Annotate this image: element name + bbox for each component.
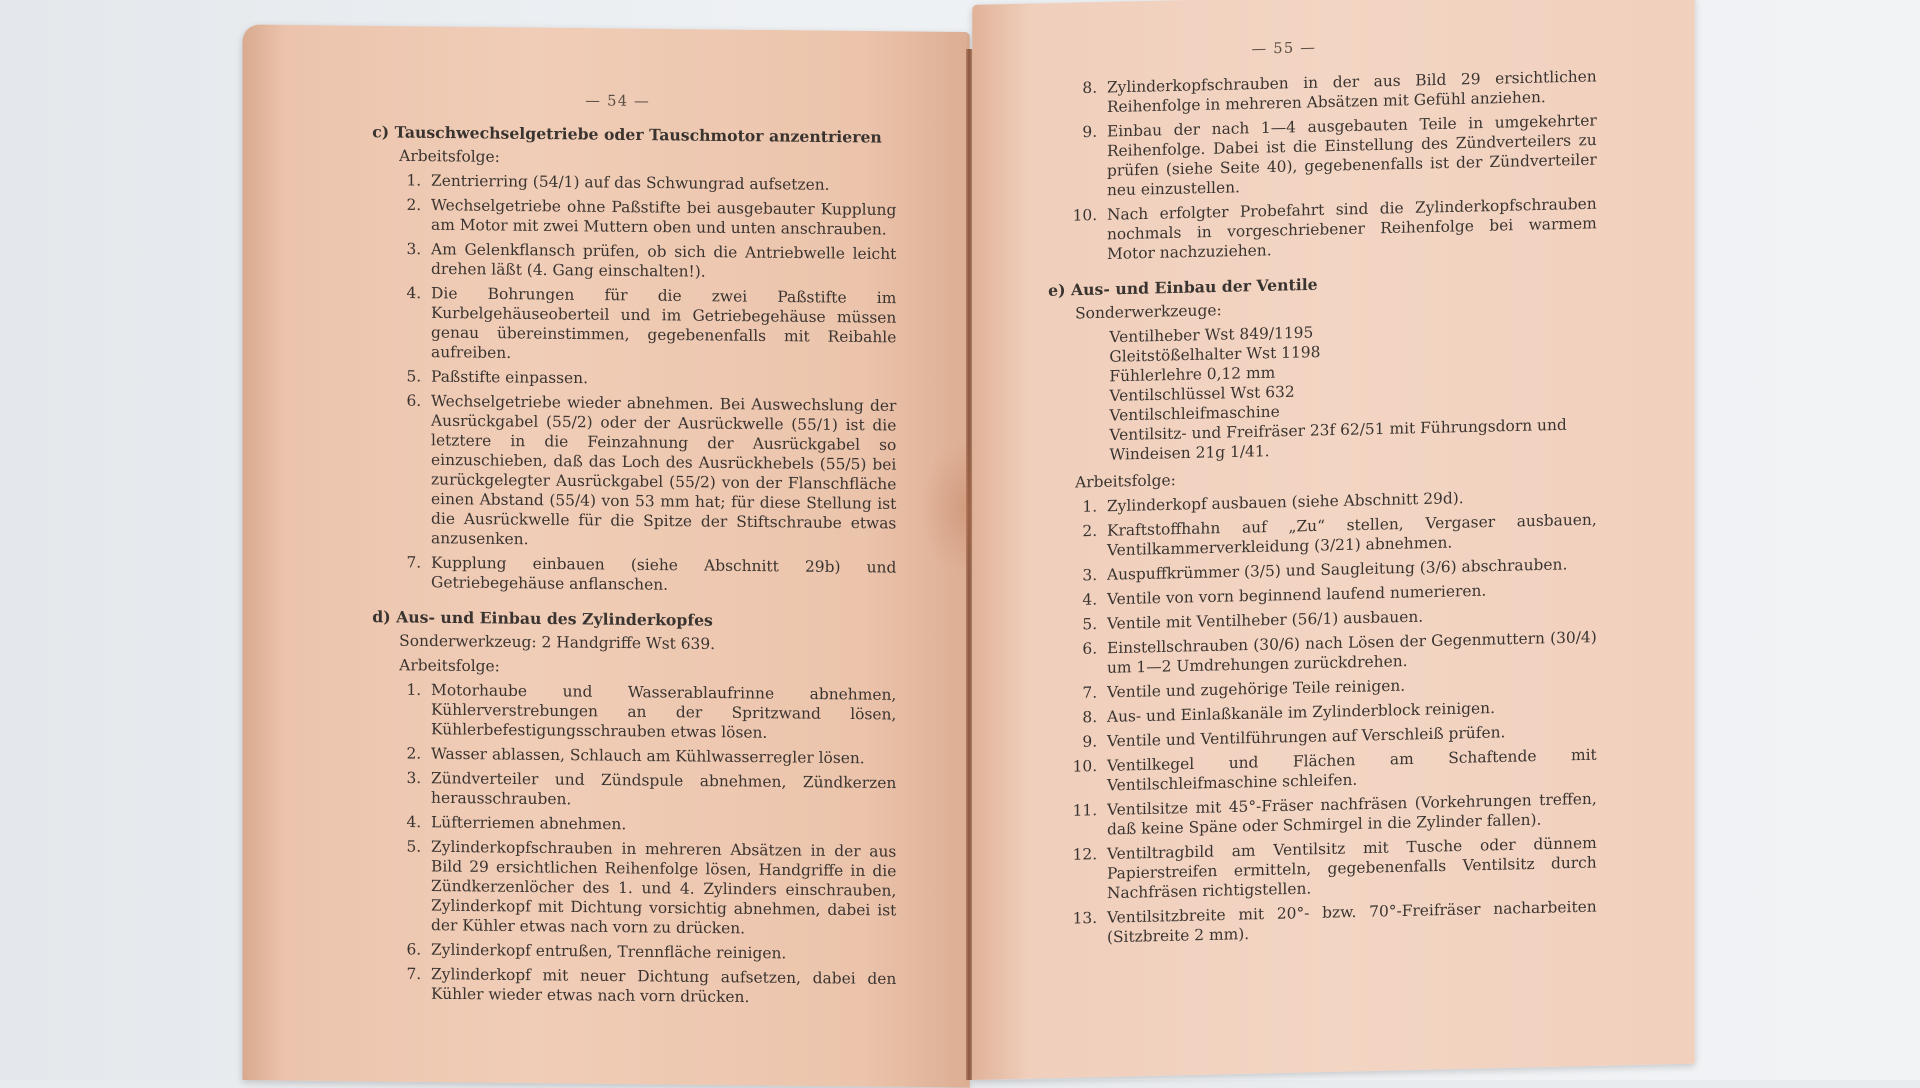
list-item: 10.Nach erfolgter Probefahrt sind die Zy… bbox=[1048, 194, 1597, 265]
list-item: 8.Zylinderkopfschrauben in der aus Bild … bbox=[1048, 67, 1597, 119]
list-item: 3.Am Gelenkflansch prüfen, ob sich die A… bbox=[372, 239, 896, 284]
page-number-right: — 55 — bbox=[1251, 39, 1316, 58]
photo-stage: — 54 — c) Tauschwechselgetriebe oder Tau… bbox=[0, 0, 1920, 1080]
section-c-sublabel: Arbeitsfolge: bbox=[399, 146, 896, 171]
list-item: 6.Wechselgetriebe wieder abnehmen. Bei A… bbox=[372, 391, 896, 553]
list-item: 7.Kupplung einbauen (siehe Abschnitt 29b… bbox=[372, 552, 896, 597]
list-item: 12.Ventiltragbild am Ventilsitz mit Tusc… bbox=[1048, 833, 1597, 904]
section-d-title: d) Aus- und Einbau des Zylinderkopfes bbox=[372, 609, 896, 634]
list-item: 2.Kraftstoffhahn auf „Zu“ stellen, Verga… bbox=[1048, 510, 1597, 562]
list-item: 4.Lüfterriemen abnehmen. bbox=[372, 812, 896, 837]
list-item: 11.Ventilsitze mit 45°-Fräser nachfräsen… bbox=[1048, 789, 1597, 841]
list-item: 7.Zylinderkopf mit neuer Dichtung aufset… bbox=[372, 964, 896, 1009]
list-item: 6.Einstellschrauben (30/6) nach Lösen de… bbox=[1048, 627, 1597, 679]
list-item: 10.Ventilkegel und Flächen am Schaftende… bbox=[1048, 745, 1597, 797]
list-item: 4.Die Bohrungen für die zwei Paßstifte i… bbox=[372, 283, 896, 367]
list-item: 2.Wechselgetriebe ohne Paßstifte bei aus… bbox=[372, 195, 896, 240]
list-item: 2.Wasser ablassen, Schlauch am Kühlwasse… bbox=[372, 743, 896, 768]
continued-steps: 8.Zylinderkopfschrauben in der aus Bild … bbox=[1048, 67, 1597, 266]
list-item: 1.Motorhaube und Wasserablaufrinne abneh… bbox=[372, 680, 896, 744]
list-item: 5.Paßstifte einpassen. bbox=[372, 366, 896, 391]
section-d-steps: 1.Motorhaube und Wasserablaufrinne abneh… bbox=[372, 680, 896, 1009]
right-page-content: 8.Zylinderkopfschrauben in der aus Bild … bbox=[1048, 67, 1597, 954]
section-d-tool: Sonderwerkzeug: 2 Handgriffe Wst 639. bbox=[399, 631, 896, 656]
list-item: 5.Zylinderkopfschrauben in mehreren Absä… bbox=[372, 836, 896, 939]
list-item: 6.Zylinderkopf entrußen, Trennfläche rei… bbox=[372, 939, 896, 964]
page-number-left: — 54 — bbox=[585, 92, 650, 110]
section-e-steps: 1.Zylinderkopf ausbauen (siehe Abschnitt… bbox=[1048, 485, 1597, 948]
right-page: — 55 — 8.Zylinderkopfschrauben in der au… bbox=[972, 0, 1694, 1080]
list-item: 9.Einbau der nach 1—4 ausgebauten Teile … bbox=[1048, 111, 1597, 202]
section-d-sublabel: Arbeitsfolge: bbox=[399, 656, 896, 681]
list-item: 3.Zündverteiler und Zündspule abnehmen, … bbox=[372, 768, 896, 813]
left-page: — 54 — c) Tauschwechselgetriebe oder Tau… bbox=[242, 24, 969, 1080]
left-page-content: c) Tauschwechselgetriebe oder Tauschmoto… bbox=[372, 124, 896, 1014]
section-c-title: c) Tauschwechselgetriebe oder Tauschmoto… bbox=[372, 124, 896, 149]
section-e-tools: Ventilheber Wst 849/1195 Gleitstößelhalt… bbox=[1109, 316, 1596, 464]
section-c-steps: 1.Zentrierring (54/1) auf das Schwungrad… bbox=[372, 170, 896, 597]
list-item: 1.Zentrierring (54/1) auf das Schwungrad… bbox=[372, 170, 896, 195]
list-item: 13.Ventilsitzbreite mit 20°- bzw. 70°-Fr… bbox=[1048, 897, 1597, 949]
